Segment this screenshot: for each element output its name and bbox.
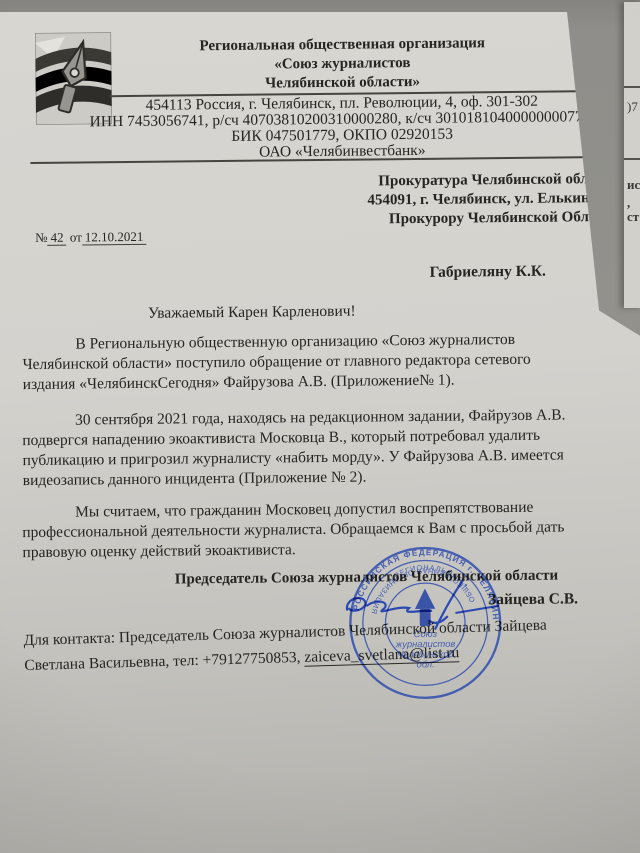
reference-line: №42 от12.10.2021	[35, 229, 146, 246]
org-requisites: 454113 Россия, г. Челябинск, пл. Революц…	[46, 93, 639, 163]
recipient-line: Прокурору Челябинской Области	[219, 208, 619, 231]
addressee-name: Габриеляну К.К.	[429, 262, 545, 283]
underlying-sheet-edge: )7 ис , ст	[624, 2, 640, 308]
edge-rule	[624, 158, 640, 160]
stamp-center-line: обл.	[417, 659, 435, 669]
letter-content: Региональная общественная организация «С…	[0, 9, 640, 853]
salutation: Уважаемый Карен Карленович!	[148, 302, 356, 324]
recipient-block: Прокуратура Челябинской области 454091, …	[219, 170, 620, 231]
stamp-center-line: Челябинской	[397, 649, 454, 660]
edge-fragment: )7	[627, 100, 638, 113]
ref-date: 12.10.2021	[82, 229, 147, 246]
edge-rule	[624, 86, 640, 88]
paragraph-2: 30 сентября 2021 года, находясь на редак…	[22, 405, 587, 491]
letter-sheet: Региональная общественная организация «С…	[0, 12, 640, 853]
ref-number: 42	[48, 230, 67, 246]
ref-no-sign: №	[35, 230, 48, 245]
paragraph-1: В Региональную общественную организацию …	[22, 329, 585, 395]
photo-frame: )7 ис , ст Регио	[0, 0, 640, 853]
ref-ot: от	[70, 229, 82, 244]
edge-fragment: ,	[627, 196, 630, 209]
edge-fragment: ст	[627, 210, 639, 223]
org-name-block: Региональная общественная организация «С…	[117, 33, 568, 95]
edge-fragment: ис	[627, 178, 640, 191]
contact-line-2-text: Светлана Васильевна, тел: +79127750853,	[24, 649, 305, 674]
